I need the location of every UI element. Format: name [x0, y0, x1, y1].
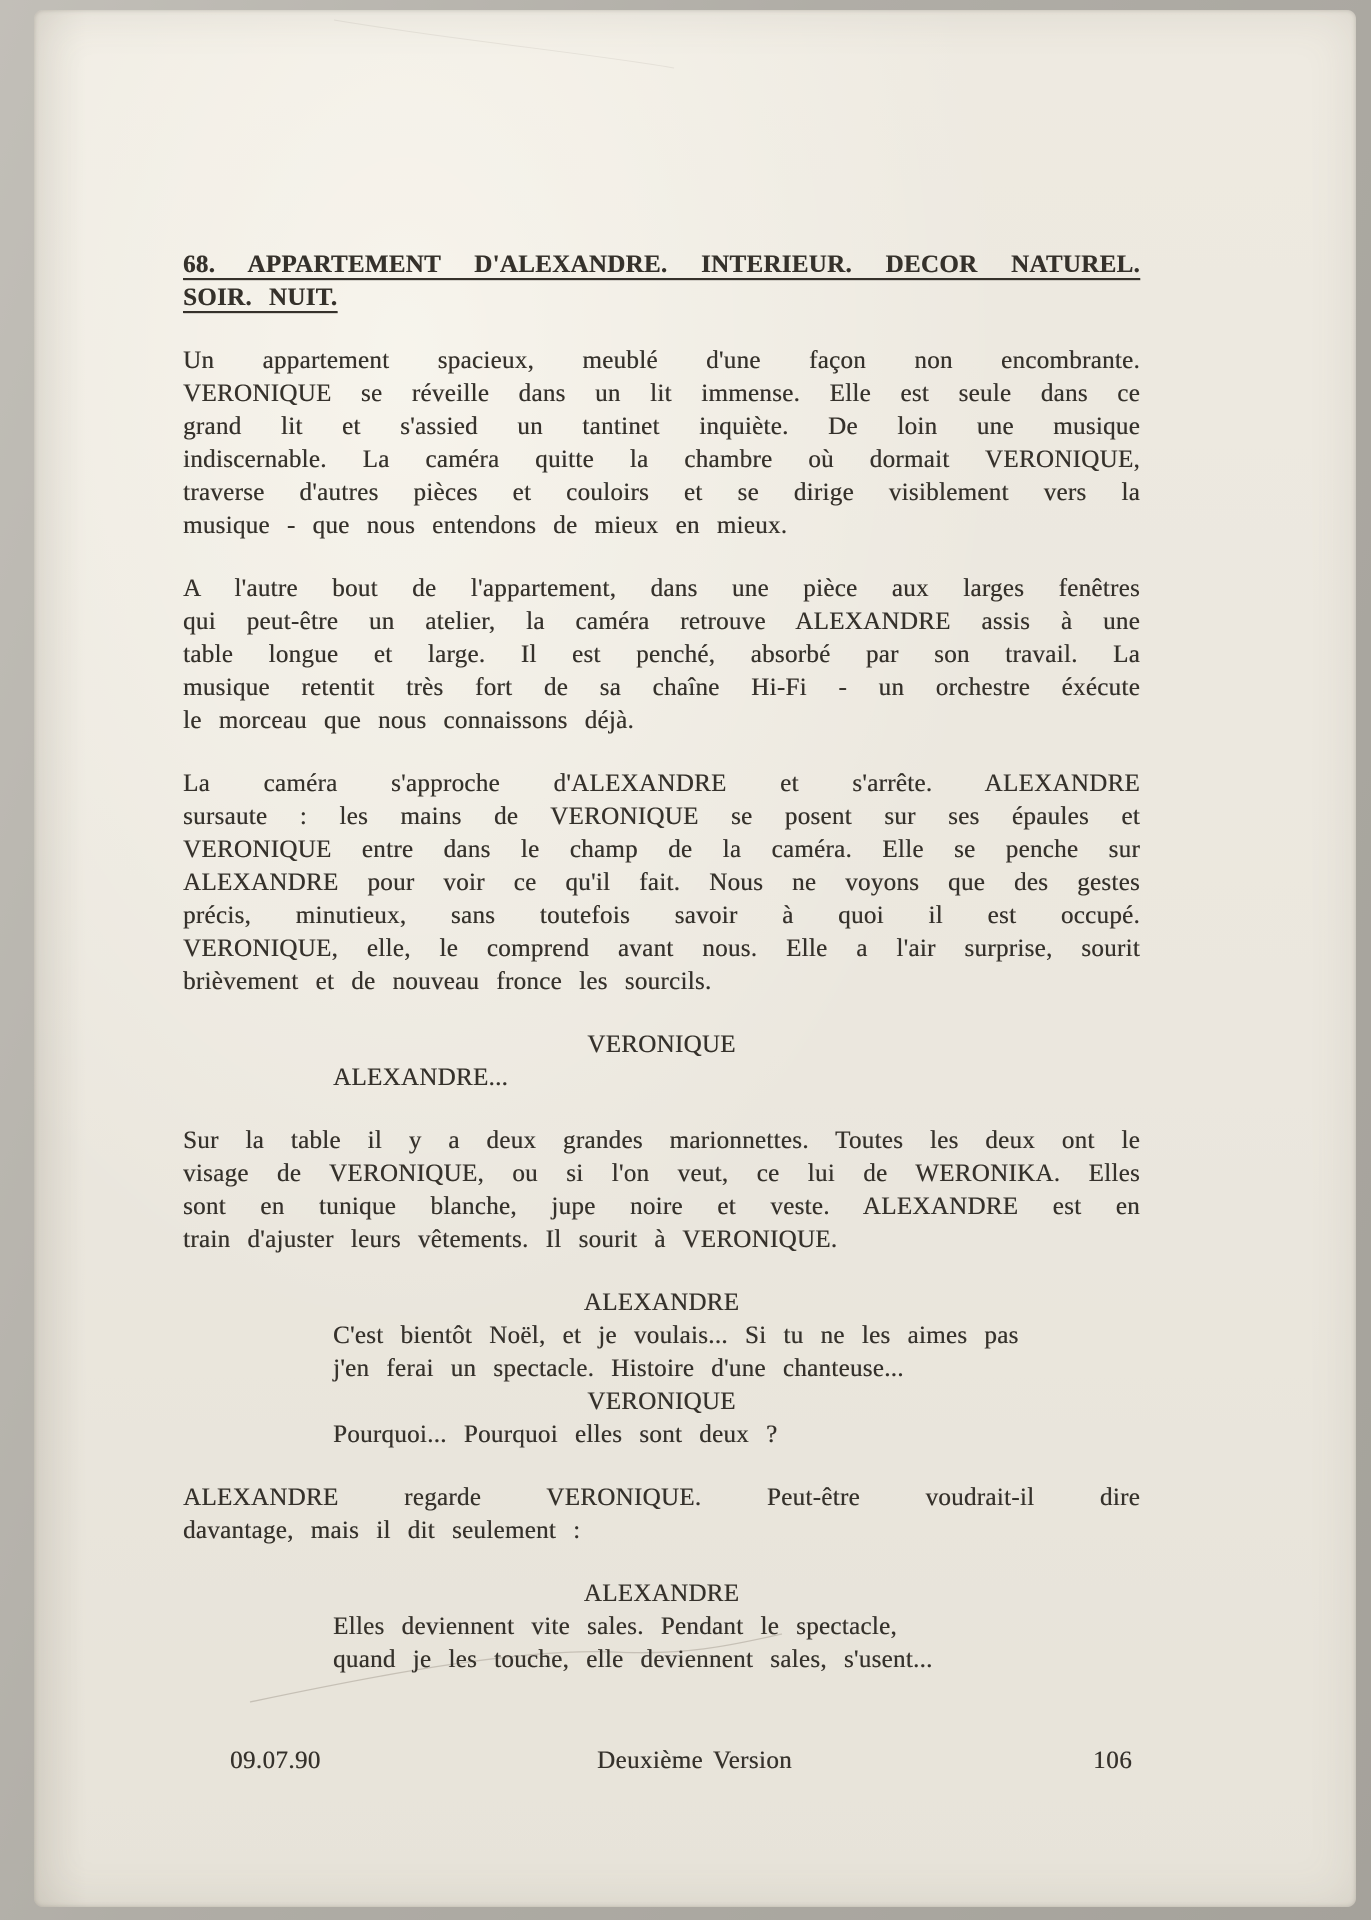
action-line: brièvement et de nouveau fronce les sour…	[183, 965, 1140, 998]
action-line: Sur la table il y a deux grandes marionn…	[183, 1124, 1140, 1157]
dialogue-block: ALEXANDRE Elles deviennent vite sales. P…	[183, 1577, 1140, 1676]
dialogue-line: ALEXANDRE...	[183, 1061, 1140, 1094]
dialogue-line: C'est bientôt Noël, et je voulais... Si …	[183, 1319, 1140, 1352]
action-line: sont en tunique blanche, jupe noire et v…	[183, 1190, 1140, 1223]
action-line: A l'autre bout de l'appartement, dans un…	[183, 572, 1140, 605]
action-line: grand lit et s'assied un tantinet inquiè…	[183, 410, 1140, 443]
scene-heading-line: SOIR. NUIT.	[183, 281, 1140, 314]
character-cue: VERONIQUE	[183, 1385, 1140, 1418]
action-paragraph: Un appartement spacieux, meublé d'une fa…	[183, 344, 1140, 542]
action-line: La caméra s'approche d'ALEXANDRE et s'ar…	[183, 767, 1140, 800]
dialogue-block: ALEXANDRE C'est bientôt Noël, et je voul…	[183, 1286, 1140, 1385]
action-line: ALEXANDRE pour voir ce qu'il fait. Nous …	[183, 866, 1140, 899]
action-line: visage de VERONIQUE, ou si l'on veut, ce…	[183, 1157, 1140, 1190]
footer-page-number: 106	[1093, 1747, 1132, 1775]
action-paragraph: ALEXANDRE regarde VERONIQUE. Peut-être v…	[183, 1481, 1140, 1547]
action-line: qui peut-être un atelier, la caméra retr…	[183, 605, 1140, 638]
footer-version: Deuxième Version	[597, 1747, 792, 1775]
action-line: VERONIQUE entre dans le champ de la camé…	[183, 833, 1140, 866]
dialogue-block: VERONIQUE Pourquoi... Pourquoi elles son…	[183, 1385, 1140, 1451]
scene-heading-line: 68. APPARTEMENT D'ALEXANDRE. INTERIEUR. …	[183, 248, 1140, 281]
action-line: train d'ajuster leurs vêtements. Il sour…	[183, 1223, 1140, 1256]
action-line: davantage, mais il dit seulement :	[183, 1514, 1140, 1547]
dialogue-line: Pourquoi... Pourquoi elles sont deux ?	[183, 1418, 1140, 1451]
action-line: musique retentit très fort de sa chaîne …	[183, 671, 1140, 704]
dialogue-line: j'en ferai un spectacle. Histoire d'une …	[183, 1352, 1140, 1385]
dialogue-block: VERONIQUE ALEXANDRE...	[183, 1028, 1140, 1094]
dialogue-line: Elles deviennent vite sales. Pendant le …	[183, 1610, 1140, 1643]
action-line: traverse d'autres pièces et couloirs et …	[183, 476, 1140, 509]
scene-heading: 68. APPARTEMENT D'ALEXANDRE. INTERIEUR. …	[183, 248, 1140, 314]
dialogue-line: quand je les touche, elle deviennent sal…	[183, 1643, 1140, 1676]
action-paragraph: La caméra s'approche d'ALEXANDRE et s'ar…	[183, 767, 1140, 998]
action-paragraph: A l'autre bout de l'appartement, dans un…	[183, 572, 1140, 737]
action-line: ALEXANDRE regarde VERONIQUE. Peut-être v…	[183, 1481, 1140, 1514]
scan-background: 68. APPARTEMENT D'ALEXANDRE. INTERIEUR. …	[0, 0, 1371, 1920]
action-line: VERONIQUE se réveille dans un lit immens…	[183, 377, 1140, 410]
character-cue: ALEXANDRE	[183, 1577, 1140, 1610]
character-cue: VERONIQUE	[183, 1028, 1140, 1061]
action-line: table longue et large. Il est penché, ab…	[183, 638, 1140, 671]
action-line: le morceau que nous connaissons déjà.	[183, 704, 1140, 737]
footer-date: 09.07.90	[230, 1747, 321, 1775]
script-page: 68. APPARTEMENT D'ALEXANDRE. INTERIEUR. …	[34, 10, 1356, 1907]
script-text-column: 68. APPARTEMENT D'ALEXANDRE. INTERIEUR. …	[183, 248, 1140, 1676]
action-line: indiscernable. La caméra quitte la chamb…	[183, 443, 1140, 476]
action-line: VERONIQUE, elle, le comprend avant nous.…	[183, 932, 1140, 965]
action-paragraph: Sur la table il y a deux grandes marionn…	[183, 1124, 1140, 1256]
action-line: musique - que nous entendons de mieux en…	[183, 509, 1140, 542]
character-cue: ALEXANDRE	[183, 1286, 1140, 1319]
action-line: Un appartement spacieux, meublé d'une fa…	[183, 344, 1140, 377]
action-line: sursaute : les mains de VERONIQUE se pos…	[183, 800, 1140, 833]
action-line: précis, minutieux, sans toutefois savoir…	[183, 899, 1140, 932]
